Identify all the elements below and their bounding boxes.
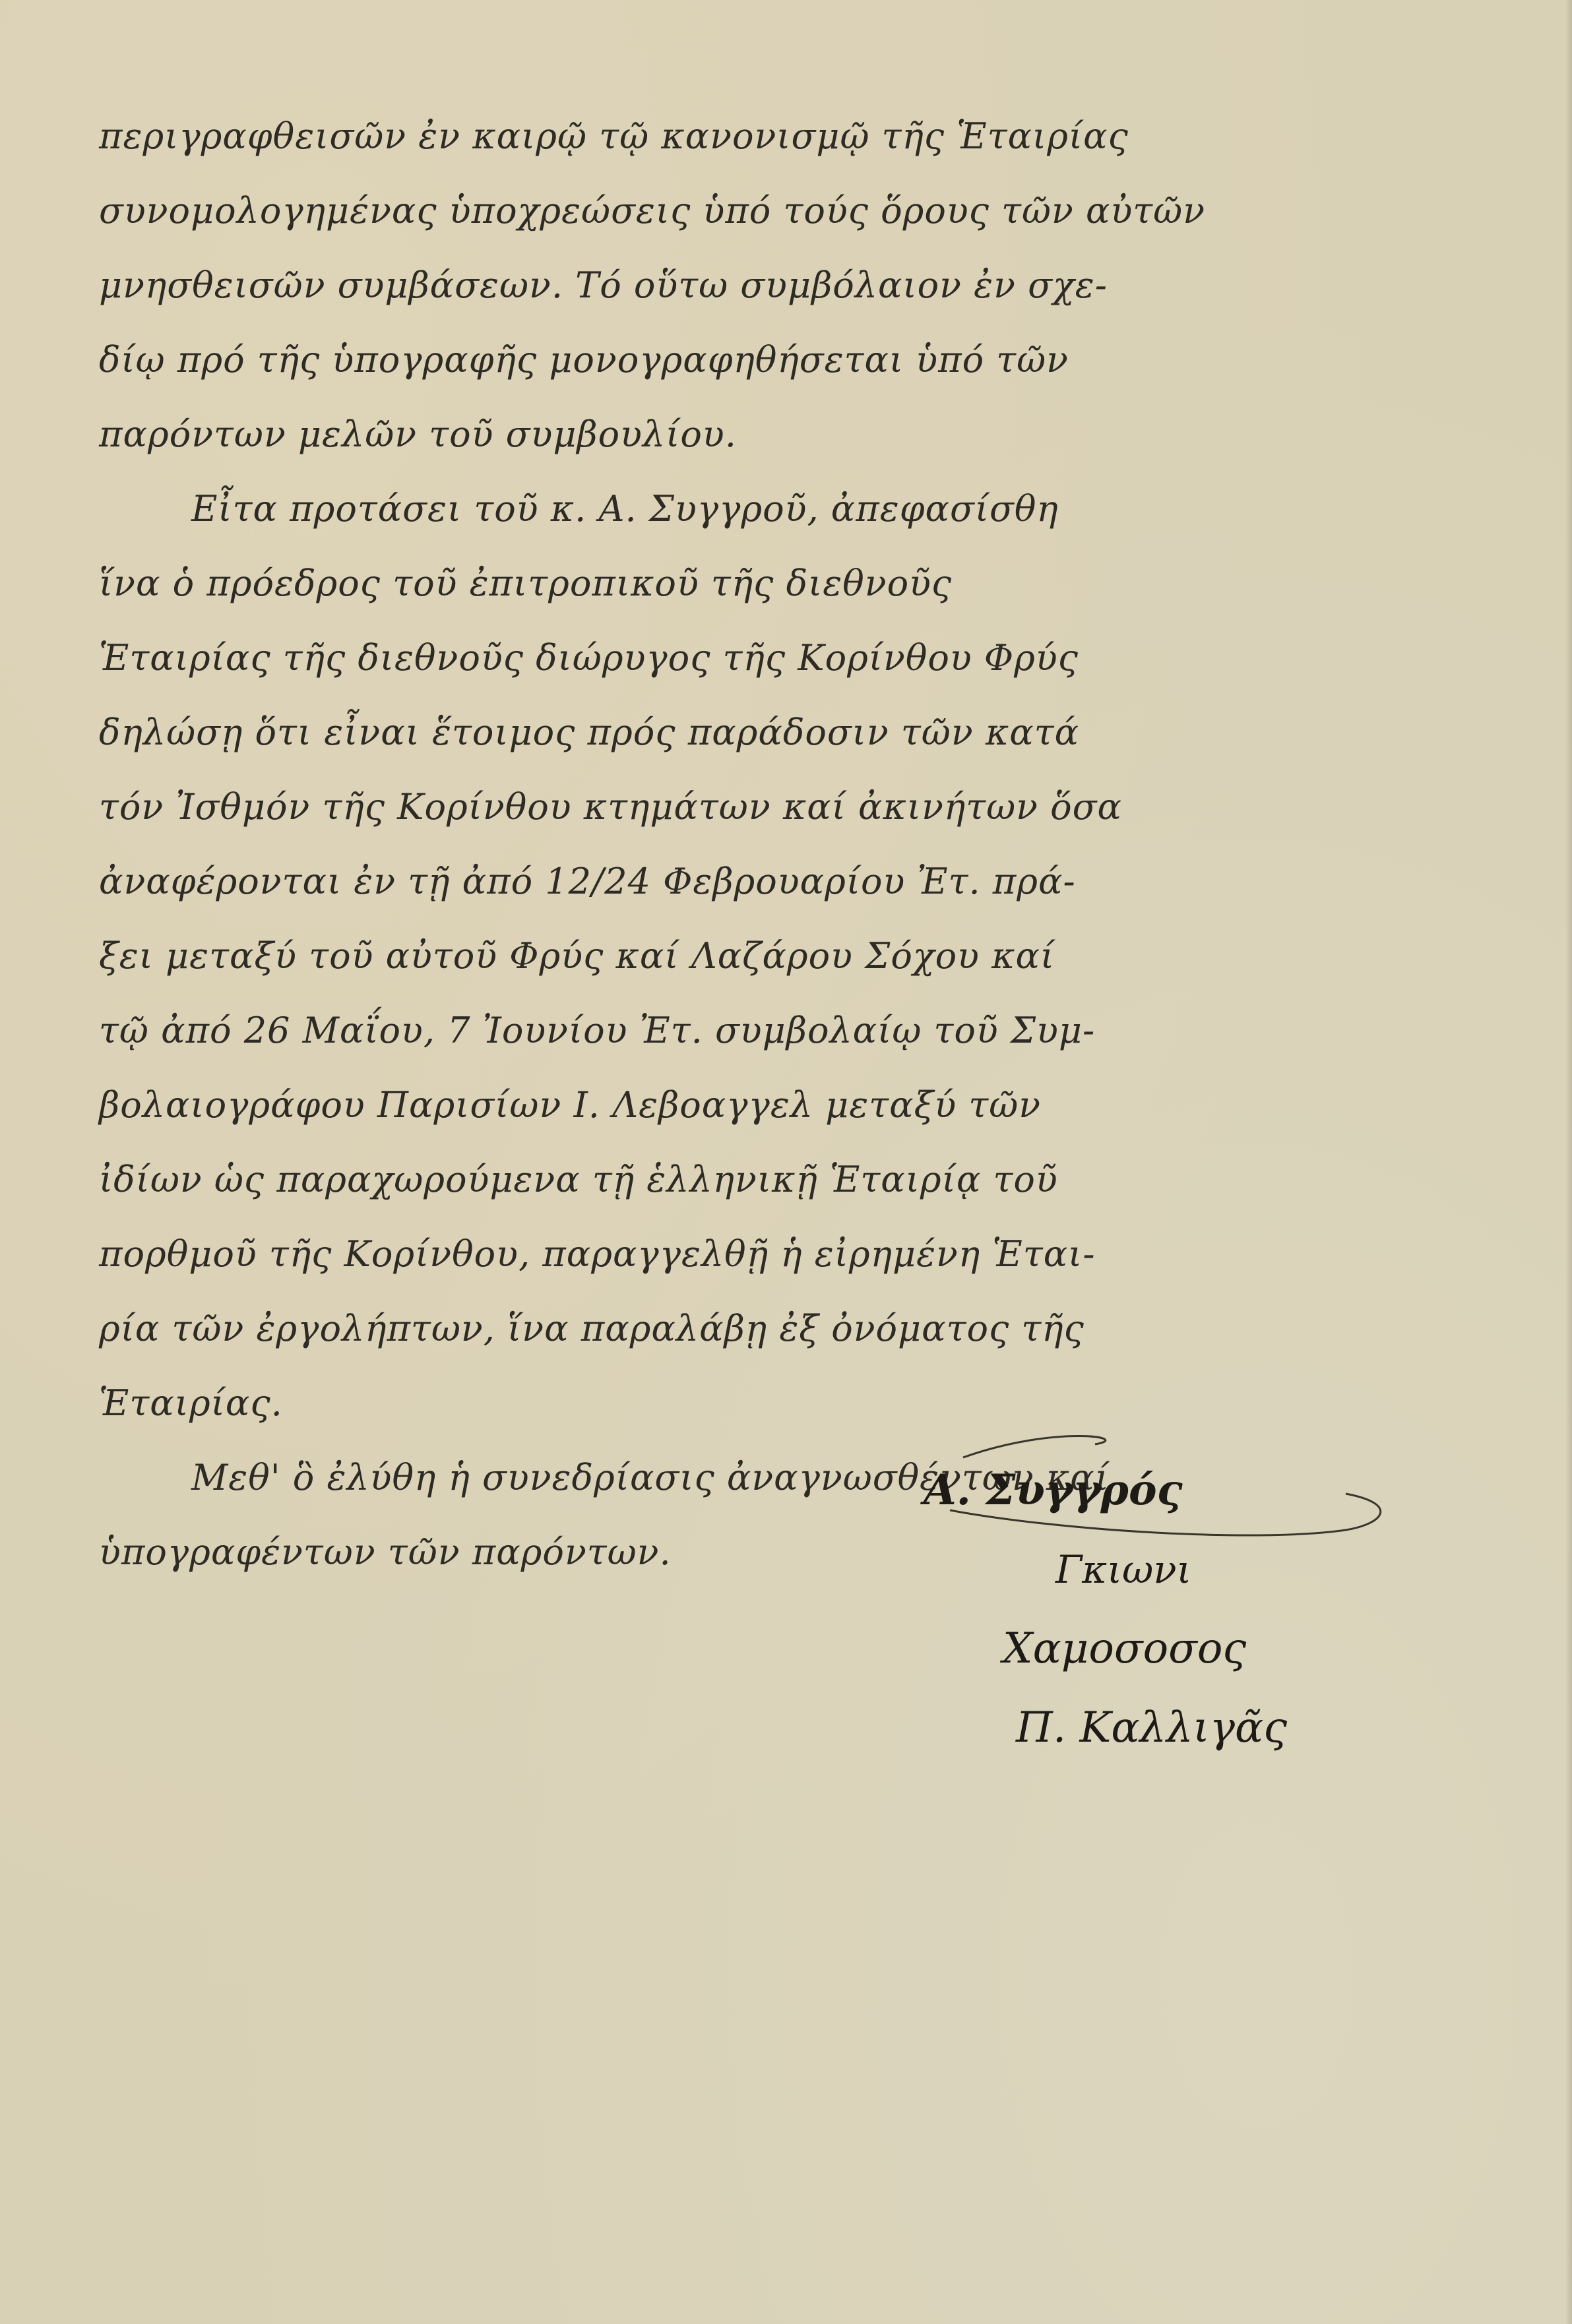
signature: Α. Συγγρός <box>924 1451 1451 1530</box>
signature: Π. Καλλιγᾶς <box>924 1688 1451 1767</box>
text-line: ἀναφέρονται ἐν τῇ ἀπό 12/24 Φεβρουαρίου … <box>99 844 1418 919</box>
document-page: περιγραφθεισῶν ἐν καιρῷ τῷ κανονισμῷ τῆς… <box>0 0 1572 2324</box>
paper-edge <box>1565 0 1572 2324</box>
text-line: παρόντων μελῶν τοῦ συμβουλίου. <box>99 397 1418 472</box>
text-line: ἵνα ὁ πρόεδρος τοῦ ἐπιτροπικοῦ τῆς διεθν… <box>99 546 1418 621</box>
signature-block: Α. Συγγρός Γκιωνι Χαμοσοσος Π. Καλλιγᾶς <box>924 1451 1451 1767</box>
text-line: περιγραφθεισῶν ἐν καιρῷ τῷ κανονισμῷ τῆς… <box>99 99 1418 173</box>
signature: Γκιωνι <box>924 1530 1451 1609</box>
text-line: συνομολογημένας ὑποχρεώσεις ὑπό τούς ὅρο… <box>99 173 1418 248</box>
paragraph-start-line: Εἶτα προτάσει τοῦ κ. Α. Συγγροῦ, ἀπεφασί… <box>99 472 1418 546</box>
text-line: ξει μεταξύ τοῦ αὐτοῦ Φρύς καί Λαζάρου Σό… <box>99 919 1418 993</box>
text-line: ρία τῶν ἐργολήπτων, ἵνα παραλάβῃ ἐξ ὀνόμ… <box>99 1291 1418 1366</box>
text-line: τόν Ἰσθμόν τῆς Κορίνθου κτημάτων καί ἀκι… <box>99 770 1418 844</box>
signature: Χαμοσοσος <box>924 1609 1451 1688</box>
text-line: ἰδίων ὡς παραχωρούμενα τῇ ἑλληνικῇ Ἑταιρ… <box>99 1142 1418 1217</box>
text-line: δίῳ πρό τῆς ὑπογραφῆς μονογραφηθήσεται ὑ… <box>99 322 1418 397</box>
text-line: Ἑταιρίας τῆς διεθνοῦς διώρυγος τῆς Κορίν… <box>99 621 1418 695</box>
handwritten-body: περιγραφθεισῶν ἐν καιρῷ τῷ κανονισμῷ τῆς… <box>99 99 1418 1589</box>
text-line: βολαιογράφου Παρισίων Ι. Λεβοαγγελ μεταξ… <box>99 1068 1418 1142</box>
text-line: τῷ ἀπό 26 Μαΐου, 7 Ἰουνίου Ἐτ. συμβολαίῳ… <box>99 993 1418 1068</box>
text-line: πορθμοῦ τῆς Κορίνθου, παραγγελθῇ ἡ εἰρημ… <box>99 1217 1418 1291</box>
text-line: μνησθεισῶν συμβάσεων. Τό οὕτω συμβόλαιον… <box>99 248 1418 322</box>
text-line: Ἑταιρίας. <box>99 1366 1418 1440</box>
text-line: δηλώσῃ ὅτι εἶναι ἕτοιμος πρός παράδοσιν … <box>99 695 1418 770</box>
